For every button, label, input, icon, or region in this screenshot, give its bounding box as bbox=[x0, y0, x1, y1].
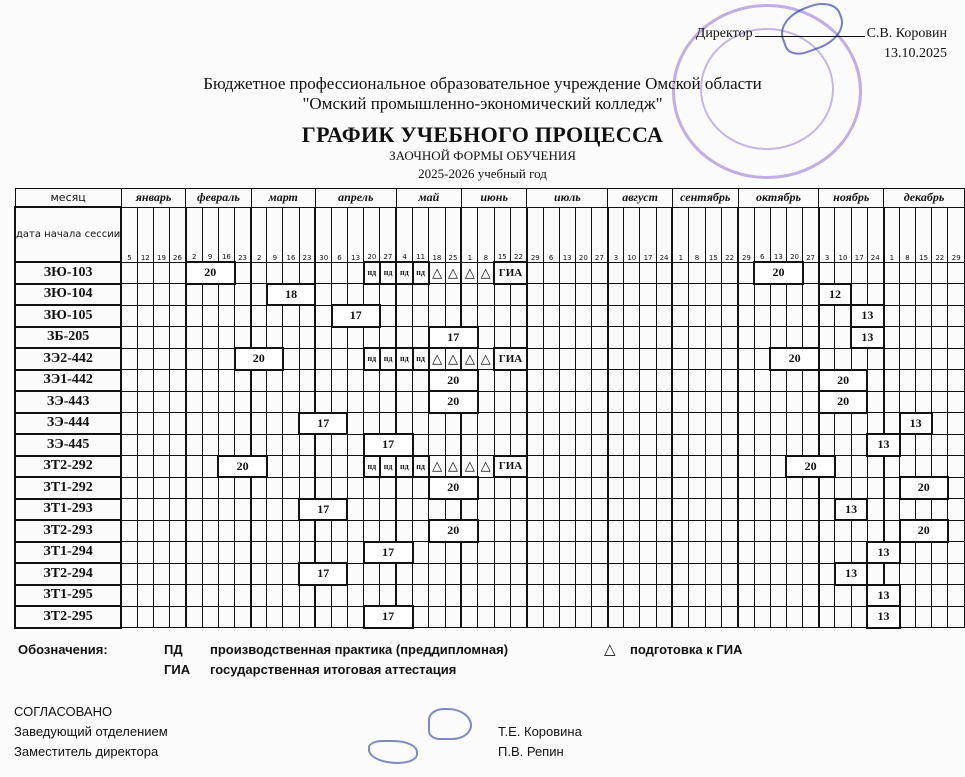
week-start-date: 25 bbox=[445, 207, 461, 262]
empty-cell bbox=[251, 413, 267, 435]
empty-cell bbox=[559, 585, 575, 607]
session-cell: 20 bbox=[186, 262, 235, 284]
empty-cell bbox=[510, 542, 526, 564]
empty-cell bbox=[299, 456, 315, 478]
empty-cell bbox=[235, 477, 251, 499]
empty-cell bbox=[575, 434, 591, 456]
empty-cell bbox=[656, 456, 672, 478]
empty-cell bbox=[754, 477, 770, 499]
empty-cell bbox=[640, 520, 656, 542]
empty-cell bbox=[624, 413, 640, 435]
empty-cell bbox=[559, 305, 575, 327]
empty-cell bbox=[705, 262, 721, 284]
empty-cell bbox=[527, 477, 543, 499]
empty-cell bbox=[672, 499, 688, 521]
empty-cell bbox=[786, 284, 802, 306]
session-cell: 18 bbox=[267, 284, 315, 306]
empty-cell bbox=[884, 477, 900, 499]
empty-cell bbox=[640, 499, 656, 521]
empty-cell bbox=[494, 434, 510, 456]
empty-cell bbox=[235, 520, 251, 542]
empty-cell bbox=[121, 284, 137, 306]
empty-cell bbox=[347, 370, 363, 392]
week-start-date: 1 bbox=[672, 207, 688, 262]
empty-cell bbox=[932, 585, 948, 607]
empty-cell bbox=[315, 434, 331, 456]
empty-cell bbox=[592, 477, 608, 499]
month-header: ноябрь bbox=[819, 189, 884, 208]
empty-cell bbox=[299, 542, 315, 564]
empty-cell bbox=[380, 563, 396, 585]
empty-cell bbox=[640, 348, 656, 370]
empty-cell bbox=[137, 520, 153, 542]
empty-cell bbox=[803, 327, 819, 349]
empty-cell bbox=[251, 520, 267, 542]
empty-cell bbox=[413, 499, 429, 521]
empty-cell bbox=[786, 606, 802, 628]
org-line-2: "Омский промышленно-экономический коллед… bbox=[0, 94, 965, 114]
empty-cell bbox=[738, 606, 754, 628]
empty-cell bbox=[803, 262, 819, 284]
empty-cell bbox=[332, 327, 348, 349]
empty-cell bbox=[722, 391, 738, 413]
agreed-title: СОГЛАСОВАНО bbox=[14, 702, 168, 722]
empty-cell bbox=[819, 499, 835, 521]
empty-cell bbox=[722, 413, 738, 435]
empty-cell bbox=[803, 305, 819, 327]
empty-cell bbox=[267, 434, 283, 456]
empty-cell bbox=[592, 520, 608, 542]
empty-cell bbox=[510, 327, 526, 349]
session-cell: 20 bbox=[754, 262, 802, 284]
gia-prep-cell: △ bbox=[429, 262, 445, 284]
empty-cell bbox=[770, 284, 786, 306]
empty-cell bbox=[267, 477, 283, 499]
empty-cell bbox=[478, 542, 494, 564]
empty-cell bbox=[510, 585, 526, 607]
practice-cell: пд bbox=[413, 456, 429, 478]
table-row: ЗТ1-2931713 bbox=[15, 499, 965, 521]
empty-cell bbox=[153, 327, 169, 349]
week-start-date: 29 bbox=[738, 207, 754, 262]
empty-cell bbox=[413, 477, 429, 499]
empty-cell bbox=[640, 262, 656, 284]
empty-cell bbox=[527, 585, 543, 607]
empty-cell bbox=[235, 585, 251, 607]
empty-cell bbox=[770, 520, 786, 542]
empty-cell bbox=[835, 520, 851, 542]
empty-cell bbox=[347, 434, 363, 456]
empty-cell bbox=[461, 434, 477, 456]
empty-cell bbox=[332, 585, 348, 607]
empty-cell bbox=[608, 327, 624, 349]
empty-cell bbox=[624, 327, 640, 349]
empty-cell bbox=[575, 305, 591, 327]
empty-cell bbox=[559, 520, 575, 542]
empty-cell bbox=[478, 413, 494, 435]
empty-cell bbox=[851, 477, 867, 499]
empty-cell bbox=[299, 262, 315, 284]
empty-cell bbox=[754, 585, 770, 607]
group-name: ЗЮ-105 bbox=[15, 305, 121, 327]
empty-cell bbox=[705, 348, 721, 370]
table-row: ЗЭ1-4422020 bbox=[15, 370, 965, 392]
empty-cell bbox=[510, 520, 526, 542]
empty-cell bbox=[315, 370, 331, 392]
empty-cell bbox=[347, 585, 363, 607]
empty-cell bbox=[527, 348, 543, 370]
empty-cell bbox=[170, 499, 186, 521]
empty-cell bbox=[948, 477, 965, 499]
empty-cell bbox=[803, 413, 819, 435]
group-name: ЗЭ-444 bbox=[15, 413, 121, 435]
empty-cell bbox=[218, 327, 234, 349]
empty-cell bbox=[705, 391, 721, 413]
empty-cell bbox=[672, 370, 688, 392]
empty-cell bbox=[900, 327, 916, 349]
empty-cell bbox=[803, 391, 819, 413]
empty-cell bbox=[494, 542, 510, 564]
empty-cell bbox=[137, 563, 153, 585]
empty-cell bbox=[413, 370, 429, 392]
empty-cell bbox=[786, 327, 802, 349]
empty-cell bbox=[770, 563, 786, 585]
empty-cell bbox=[656, 585, 672, 607]
empty-cell bbox=[494, 391, 510, 413]
empty-cell bbox=[754, 305, 770, 327]
gia-prep-cell: △ bbox=[445, 348, 461, 370]
empty-cell bbox=[689, 327, 705, 349]
empty-cell bbox=[461, 563, 477, 585]
empty-cell bbox=[380, 370, 396, 392]
empty-cell bbox=[867, 499, 883, 521]
empty-cell bbox=[494, 284, 510, 306]
empty-cell bbox=[299, 585, 315, 607]
empty-cell bbox=[510, 563, 526, 585]
empty-cell bbox=[770, 456, 786, 478]
empty-cell bbox=[218, 434, 234, 456]
empty-cell bbox=[380, 391, 396, 413]
group-name: ЗТ1-293 bbox=[15, 499, 121, 521]
empty-cell bbox=[689, 456, 705, 478]
empty-cell bbox=[251, 305, 267, 327]
empty-cell bbox=[283, 327, 299, 349]
empty-cell bbox=[445, 413, 461, 435]
table-row: ЗТ2-29220пдпдпдпд△△△△ГИА20 bbox=[15, 456, 965, 478]
week-start-date: 24 bbox=[656, 207, 672, 262]
empty-cell bbox=[543, 563, 559, 585]
empty-cell bbox=[722, 477, 738, 499]
empty-cell bbox=[689, 585, 705, 607]
week-start-date: 13 bbox=[347, 207, 363, 262]
empty-cell bbox=[884, 370, 900, 392]
empty-cell bbox=[218, 499, 234, 521]
empty-cell bbox=[900, 542, 916, 564]
empty-cell bbox=[672, 520, 688, 542]
empty-cell bbox=[478, 520, 494, 542]
empty-cell bbox=[738, 542, 754, 564]
empty-cell bbox=[121, 563, 137, 585]
empty-cell bbox=[543, 585, 559, 607]
practice-cell: пд bbox=[364, 262, 380, 284]
empty-cell bbox=[754, 542, 770, 564]
empty-cell bbox=[494, 305, 510, 327]
table-row: ЗТ2-2932020 bbox=[15, 520, 965, 542]
empty-cell bbox=[722, 542, 738, 564]
empty-cell bbox=[915, 262, 931, 284]
organization-name: Бюджетное профессиональное образовательн… bbox=[0, 74, 965, 114]
empty-cell bbox=[267, 327, 283, 349]
empty-cell bbox=[218, 585, 234, 607]
empty-cell bbox=[235, 262, 251, 284]
empty-cell bbox=[527, 413, 543, 435]
group-name: ЗТ1-295 bbox=[15, 585, 121, 607]
practice-cell: пд bbox=[396, 456, 412, 478]
empty-cell bbox=[867, 477, 883, 499]
empty-cell bbox=[186, 348, 202, 370]
empty-cell bbox=[543, 262, 559, 284]
table-row: ЗЭ-4432020 bbox=[15, 391, 965, 413]
empty-cell bbox=[624, 542, 640, 564]
empty-cell bbox=[137, 585, 153, 607]
empty-cell bbox=[770, 477, 786, 499]
empty-cell bbox=[186, 370, 202, 392]
empty-cell bbox=[170, 585, 186, 607]
empty-cell bbox=[218, 520, 234, 542]
empty-cell bbox=[510, 305, 526, 327]
empty-cell bbox=[202, 284, 218, 306]
table-row: ЗЭ-4441713 bbox=[15, 413, 965, 435]
empty-cell bbox=[478, 563, 494, 585]
empty-cell bbox=[559, 563, 575, 585]
empty-cell bbox=[380, 327, 396, 349]
empty-cell bbox=[429, 434, 445, 456]
empty-cell bbox=[121, 477, 137, 499]
empty-cell bbox=[153, 606, 169, 628]
empty-cell bbox=[640, 477, 656, 499]
empty-cell bbox=[722, 606, 738, 628]
empty-cell bbox=[121, 413, 137, 435]
empty-cell bbox=[283, 305, 299, 327]
table-row: ЗЭ2-44220пдпдпдпд△△△△ГИА20 bbox=[15, 348, 965, 370]
month-header: сентябрь bbox=[672, 189, 738, 208]
empty-cell bbox=[153, 370, 169, 392]
empty-cell bbox=[283, 606, 299, 628]
empty-cell bbox=[867, 370, 883, 392]
empty-cell bbox=[202, 434, 218, 456]
session-cell: 17 bbox=[332, 305, 380, 327]
empty-cell bbox=[835, 305, 851, 327]
empty-cell bbox=[510, 284, 526, 306]
empty-cell bbox=[121, 262, 137, 284]
empty-cell bbox=[218, 391, 234, 413]
empty-cell bbox=[153, 520, 169, 542]
empty-cell bbox=[559, 456, 575, 478]
empty-cell bbox=[770, 391, 786, 413]
empty-cell bbox=[510, 606, 526, 628]
group-name: ЗТ2-292 bbox=[15, 456, 121, 478]
empty-cell bbox=[218, 413, 234, 435]
empty-cell bbox=[121, 305, 137, 327]
empty-cell bbox=[672, 585, 688, 607]
session-cell: 17 bbox=[429, 327, 478, 349]
week-start-date: 20 bbox=[786, 207, 802, 262]
empty-cell bbox=[786, 391, 802, 413]
week-start-date: 27 bbox=[803, 207, 819, 262]
empty-cell bbox=[754, 370, 770, 392]
session-cell: 17 bbox=[299, 499, 347, 521]
empty-cell bbox=[347, 563, 363, 585]
empty-cell bbox=[478, 585, 494, 607]
empty-cell bbox=[332, 606, 348, 628]
empty-cell bbox=[835, 413, 851, 435]
empty-cell bbox=[494, 606, 510, 628]
empty-cell bbox=[851, 606, 867, 628]
session-cell: 12 bbox=[819, 284, 851, 306]
empty-cell bbox=[624, 370, 640, 392]
empty-cell bbox=[543, 305, 559, 327]
empty-cell bbox=[884, 456, 900, 478]
empty-cell bbox=[235, 542, 251, 564]
week-start-date: 1 bbox=[884, 207, 900, 262]
empty-cell bbox=[413, 585, 429, 607]
deputy-signature bbox=[368, 740, 418, 764]
empty-cell bbox=[283, 542, 299, 564]
empty-cell bbox=[186, 284, 202, 306]
empty-cell bbox=[364, 284, 380, 306]
empty-cell bbox=[527, 284, 543, 306]
empty-cell bbox=[315, 542, 331, 564]
empty-cell bbox=[218, 563, 234, 585]
session-cell: 20 bbox=[429, 477, 478, 499]
empty-cell bbox=[121, 585, 137, 607]
empty-cell bbox=[884, 348, 900, 370]
empty-cell bbox=[396, 284, 412, 306]
agreed-position-1: Заведующий отделением bbox=[14, 722, 168, 742]
empty-cell bbox=[738, 262, 754, 284]
week-start-date: 16 bbox=[218, 207, 234, 262]
empty-cell bbox=[186, 391, 202, 413]
empty-cell bbox=[364, 563, 380, 585]
empty-cell bbox=[543, 370, 559, 392]
session-cell: 13 bbox=[851, 305, 884, 327]
week-start-date: 29 bbox=[527, 207, 543, 262]
empty-cell bbox=[786, 542, 802, 564]
empty-cell bbox=[413, 327, 429, 349]
empty-cell bbox=[948, 499, 965, 521]
empty-cell bbox=[705, 284, 721, 306]
gia-prep-cell: △ bbox=[461, 262, 477, 284]
empty-cell bbox=[575, 477, 591, 499]
empty-cell bbox=[380, 520, 396, 542]
empty-cell bbox=[770, 585, 786, 607]
empty-cell bbox=[121, 542, 137, 564]
empty-cell bbox=[299, 520, 315, 542]
empty-cell bbox=[347, 499, 363, 521]
empty-cell bbox=[251, 262, 267, 284]
week-start-date: 19 bbox=[153, 207, 169, 262]
week-start-date: 16 bbox=[283, 207, 299, 262]
empty-cell bbox=[559, 477, 575, 499]
empty-cell bbox=[251, 327, 267, 349]
empty-cell bbox=[835, 262, 851, 284]
empty-cell bbox=[948, 585, 965, 607]
empty-cell bbox=[170, 305, 186, 327]
week-start-date: 10 bbox=[835, 207, 851, 262]
empty-cell bbox=[948, 520, 965, 542]
empty-cell bbox=[332, 348, 348, 370]
empty-cell bbox=[251, 542, 267, 564]
empty-cell bbox=[656, 499, 672, 521]
empty-cell bbox=[932, 391, 948, 413]
empty-cell bbox=[235, 434, 251, 456]
empty-cell bbox=[137, 348, 153, 370]
approval-name: С.В. Коровин bbox=[867, 26, 947, 41]
empty-cell bbox=[656, 606, 672, 628]
week-start-date: 26 bbox=[170, 207, 186, 262]
empty-cell bbox=[851, 520, 867, 542]
empty-cell bbox=[624, 305, 640, 327]
empty-cell bbox=[510, 391, 526, 413]
empty-cell bbox=[186, 477, 202, 499]
empty-cell bbox=[121, 456, 137, 478]
empty-cell bbox=[137, 456, 153, 478]
empty-cell bbox=[932, 327, 948, 349]
empty-cell bbox=[689, 370, 705, 392]
empty-cell bbox=[689, 542, 705, 564]
empty-cell bbox=[608, 262, 624, 284]
empty-cell bbox=[218, 542, 234, 564]
empty-cell bbox=[672, 413, 688, 435]
empty-cell bbox=[364, 370, 380, 392]
empty-cell bbox=[689, 391, 705, 413]
empty-cell bbox=[202, 585, 218, 607]
empty-cell bbox=[608, 606, 624, 628]
empty-cell bbox=[592, 456, 608, 478]
empty-cell bbox=[559, 413, 575, 435]
empty-cell bbox=[786, 520, 802, 542]
empty-cell bbox=[819, 305, 835, 327]
gia-prep-cell: △ bbox=[478, 262, 494, 284]
empty-cell bbox=[819, 563, 835, 585]
empty-cell bbox=[672, 542, 688, 564]
empty-cell bbox=[624, 284, 640, 306]
empty-cell bbox=[900, 262, 916, 284]
empty-cell bbox=[332, 370, 348, 392]
empty-cell bbox=[413, 284, 429, 306]
empty-cell bbox=[915, 434, 931, 456]
empty-cell bbox=[121, 434, 137, 456]
empty-cell bbox=[656, 348, 672, 370]
head-signature bbox=[428, 708, 472, 740]
gia-prep-cell: △ bbox=[429, 456, 445, 478]
empty-cell bbox=[884, 284, 900, 306]
empty-cell bbox=[624, 606, 640, 628]
empty-cell bbox=[315, 477, 331, 499]
empty-cell bbox=[267, 520, 283, 542]
empty-cell bbox=[396, 413, 412, 435]
empty-cell bbox=[656, 434, 672, 456]
empty-cell bbox=[851, 434, 867, 456]
empty-cell bbox=[153, 585, 169, 607]
empty-cell bbox=[543, 434, 559, 456]
empty-cell bbox=[786, 499, 802, 521]
empty-cell bbox=[170, 284, 186, 306]
empty-cell bbox=[429, 585, 445, 607]
empty-cell bbox=[380, 284, 396, 306]
empty-cell bbox=[543, 499, 559, 521]
empty-cell bbox=[608, 563, 624, 585]
